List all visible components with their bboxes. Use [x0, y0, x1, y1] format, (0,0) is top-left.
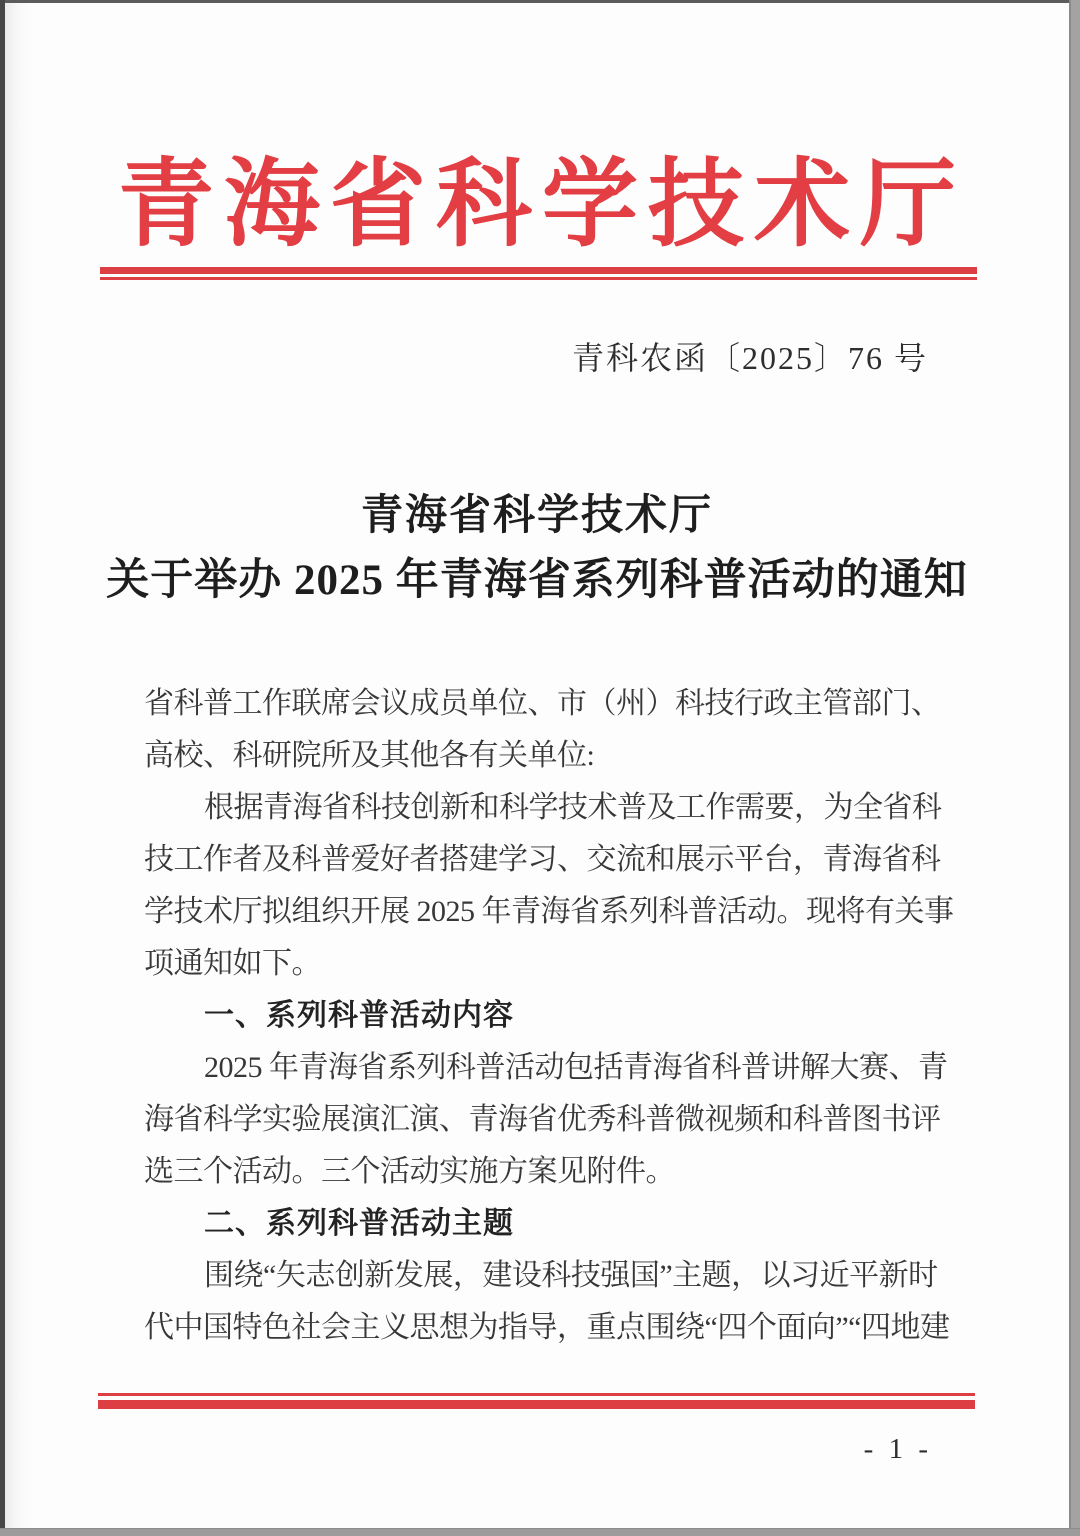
body-line: 2025 年青海省系列科普活动包括青海省科普讲解大赛、青	[144, 1042, 950, 1094]
body-line: 代中国特色社会主义思想为指导，重点围绕“四个面向”“四地建	[144, 1302, 950, 1354]
scan-edge-bottom	[0, 1528, 1080, 1536]
section-heading: 一、系列科普活动内容	[144, 990, 950, 1042]
page-number: - 1 -	[864, 1431, 932, 1467]
body-line: 海省科学实验展演汇演、青海省优秀科普微视频和科普图书评	[144, 1094, 950, 1146]
body-line: 围绕“矢志创新发展，建设科技强国”主题，以习近平新时	[144, 1250, 950, 1302]
paragraph: 2025 年青海省系列科普活动包括青海省科普讲解大赛、青海省科学实验展演汇演、青…	[144, 1042, 950, 1198]
scanned-document: 青海省科学技术厅 青科农函〔2025〕76 号 青海省科学技术厅 关于举办 20…	[0, 0, 1080, 1536]
letterhead-agency-name: 青海省科学技术厅	[5, 149, 1069, 261]
paragraph: 根据青海省科技创新和科学技术普及工作需要，为全省科技工作者及科普爱好者搭建学习、…	[144, 782, 950, 990]
body-line: 高校、科研院所及其他各有关单位:	[144, 730, 950, 782]
body-line: 项通知如下。	[144, 938, 950, 990]
body-line: 选三个活动。三个活动实施方案见附件。	[144, 1146, 950, 1198]
document-title-line1: 青海省科学技术厅	[5, 491, 1069, 541]
body-line: 省科普工作联席会议成员单位、市（州）科技行政主管部门、	[144, 678, 950, 730]
footer-double-rule	[98, 1393, 975, 1409]
body-line: 根据青海省科技创新和科学技术普及工作需要，为全省科	[144, 782, 950, 834]
document-page: 青海省科学技术厅 青科农函〔2025〕76 号 青海省科学技术厅 关于举办 20…	[5, 3, 1069, 1528]
document-body: 省科普工作联席会议成员单位、市（州）科技行政主管部门、高校、科研院所及其他各有关…	[144, 678, 950, 1354]
body-line: 技工作者及科普爱好者搭建学习、交流和展示平台，青海省科	[144, 834, 950, 886]
section-heading: 二、系列科普活动主题	[144, 1198, 950, 1250]
scan-edge-right	[1069, 0, 1080, 1536]
paragraph: 围绕“矢志创新发展，建设科技强国”主题，以习近平新时代中国特色社会主义思想为指导…	[144, 1250, 950, 1354]
document-title-line2: 关于举办 2025 年青海省系列科普活动的通知	[5, 555, 1069, 607]
body-line: 学技术厅拟组织开展 2025 年青海省系列科普活动。现将有关事	[144, 886, 950, 938]
document-number: 青科农函〔2025〕76 号	[572, 337, 928, 379]
letterhead-double-rule	[100, 267, 977, 280]
paragraph: 省科普工作联席会议成员单位、市（州）科技行政主管部门、高校、科研院所及其他各有关…	[144, 678, 950, 782]
